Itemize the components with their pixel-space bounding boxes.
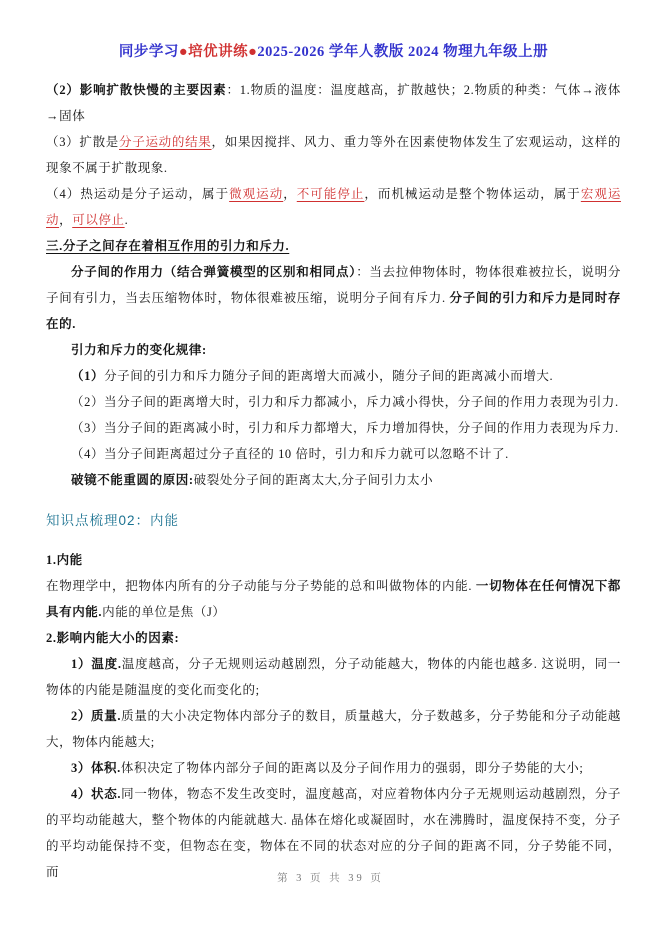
text-run: 温度越高，分子无规则运动越剧烈，分子动能越大，物体的内能也越多. 这说明，同一物… <box>46 657 621 697</box>
para-factor-volume: 3）体积.体积决定了物体内部分子间的距离以及分子间作用力的强弱，即分子势能的大小… <box>46 755 621 781</box>
text-run: （2）当分子间的距离增大时，引力和斥力都减小，斥力减小得快，分子间的作用力表现为… <box>71 395 619 409</box>
page-number-text: 第 3 页 共 39 页 <box>277 873 384 884</box>
para-rule-2: （2）当分子间的距离增大时，引力和斥力都减小，斥力减小得快，分子间的作用力表现为… <box>46 389 621 415</box>
header-text-run: 培优讲练 <box>188 44 248 60</box>
heading-section-three: 三.分子之间存在着相互作用的引力和斥力. <box>46 233 621 259</box>
text-run: 分子运动的结果 <box>119 135 212 149</box>
document-title: 同步学习●培优讲练●2025-2026 学年人教版 2024 物理九年级上册 <box>46 40 621 61</box>
heading-internal-energy: 1.内能 <box>46 547 621 573</box>
document-content: 同步学习●培优讲练●2025-2026 学年人教版 2024 物理九年级上册 （… <box>0 0 661 885</box>
text-run: （4）当分子间距离超过分子直径的 10 倍时，引力和斥力就可以忽略不计了. <box>71 447 509 461</box>
text-run: . <box>125 213 129 227</box>
text-run: ，而机械运动是整个物体运动，属于 <box>364 187 580 201</box>
header-text-run: 同步学习 <box>119 44 179 60</box>
text-run: （1） <box>71 369 104 383</box>
header-text-run: 2025-2026 学年人教版 2024 物理九年级上册 <box>257 44 548 60</box>
para-diffusion-result: （3）扩散是分子运动的结果，如果因搅拌、风力、重力等外在因素使物体发生了宏观运动… <box>46 129 621 181</box>
text-run: 2.影响内能大小的因素: <box>46 631 179 645</box>
document-page: 同步学习●培优讲练●2025-2026 学年人教版 2024 物理九年级上册 （… <box>0 0 661 935</box>
text-run: 2）质量. <box>71 709 121 723</box>
text-run: 1.内能 <box>46 553 83 567</box>
text-run: 在物理学中，把物体内所有的分子动能与分子势能的总和叫做物体的内能. <box>46 579 476 593</box>
text-run: 三.分子之间存在着相互作用的引力和斥力. <box>46 239 289 253</box>
heading-force-rules: 引力和斥力的变化规律: <box>46 337 621 363</box>
text-run: （4）热运动是分子运动，属于 <box>46 187 229 201</box>
text-run: 破裂处分子间的距离太大,分子间引力太小 <box>194 473 434 487</box>
para-thermal-motion: （4）热运动是分子运动，属于微观运动，不可能停止，而机械运动是整个物体运动，属于… <box>46 181 621 233</box>
text-run: 内能的单位是焦（J） <box>102 605 225 619</box>
text-run: 破镜不能重圆的原因: <box>71 473 194 487</box>
document-body: （2）影响扩散快慢的主要因素：1.物质的温度：温度越高，扩散越快；2.物质的种类… <box>46 77 621 885</box>
heading-energy-factors: 2.影响内能大小的因素: <box>46 625 621 651</box>
para-rule-1: （1）分子间的引力和斥力随分子间的距离增大而减小，随分子间的距离减小而增大. <box>46 363 621 389</box>
text-run: 引力和斥力的变化规律: <box>71 343 207 357</box>
text-run: 可以停止 <box>72 213 124 227</box>
para-diffusion-factors: （2）影响扩散快慢的主要因素：1.物质的温度：温度越高，扩散越快；2.物质的种类… <box>46 77 621 129</box>
text-run: 同一物体，物态不发生改变时，温度越高，对应着物体内分子无规则运动越剧烈，分子的平… <box>46 787 621 879</box>
text-run: 1）温度. <box>71 657 122 671</box>
text-run: 3）体积. <box>71 761 121 775</box>
text-run: 质量的大小决定物体内部分子的数目，质量越大，分子数越多，分子势能和分子动能越大，… <box>46 709 621 749</box>
text-run: 不可能停止 <box>297 187 365 201</box>
para-factor-mass: 2）质量.质量的大小决定物体内部分子的数目，质量越大，分子数越多，分子势能和分子… <box>46 703 621 755</box>
page-footer: 第 3 页 共 39 页 <box>0 870 661 885</box>
para-factor-temperature: 1）温度.温度越高，分子无规则运动越剧烈，分子动能越大，物体的内能也越多. 这说… <box>46 651 621 703</box>
text-run: （3）扩散是 <box>46 135 119 149</box>
text-run: 知识点梳理02：内能 <box>46 513 179 528</box>
text-run: 分子间的引力和斥力随分子间的距离增大而减小，随分子间的距离减小而增大. <box>104 369 553 383</box>
text-run: 分子间的作用力（结合弹簧模型的区别和相同点） <box>71 265 356 279</box>
text-run: （3）当分子间的距离减小时，引力和斥力都增大，斥力增加得快，分子间的作用力表现为… <box>71 421 619 435</box>
para-broken-mirror: 破镜不能重圆的原因:破裂处分子间的距离太大,分子间引力太小 <box>46 467 621 493</box>
text-run: 体积决定了物体内部分子间的距离以及分子间作用力的强弱，即分子势能的大小; <box>121 761 584 775</box>
text-run: 4）状态. <box>71 787 121 801</box>
para-molecular-force: 分子间的作用力（结合弹簧模型的区别和相同点）：当去拉伸物体时，物体很难被拉长，说… <box>46 259 621 337</box>
text-run: 微观运动 <box>229 187 283 201</box>
para-rule-3: （3）当分子间的距离减小时，引力和斥力都增大，斥力增加得快，分子间的作用力表现为… <box>46 415 621 441</box>
header-text-run: ● <box>179 44 188 60</box>
para-rule-4: （4）当分子间距离超过分子直径的 10 倍时，引力和斥力就可以忽略不计了. <box>46 441 621 467</box>
text-run: ， <box>283 187 297 201</box>
para-internal-energy-def: 在物理学中，把物体内所有的分子动能与分子势能的总和叫做物体的内能. 一切物体在任… <box>46 573 621 625</box>
text-run: （2）影响扩散快慢的主要因素 <box>46 83 226 97</box>
heading-knowledge-point-02: 知识点梳理02：内能 <box>46 508 621 534</box>
text-run: ， <box>59 213 72 227</box>
